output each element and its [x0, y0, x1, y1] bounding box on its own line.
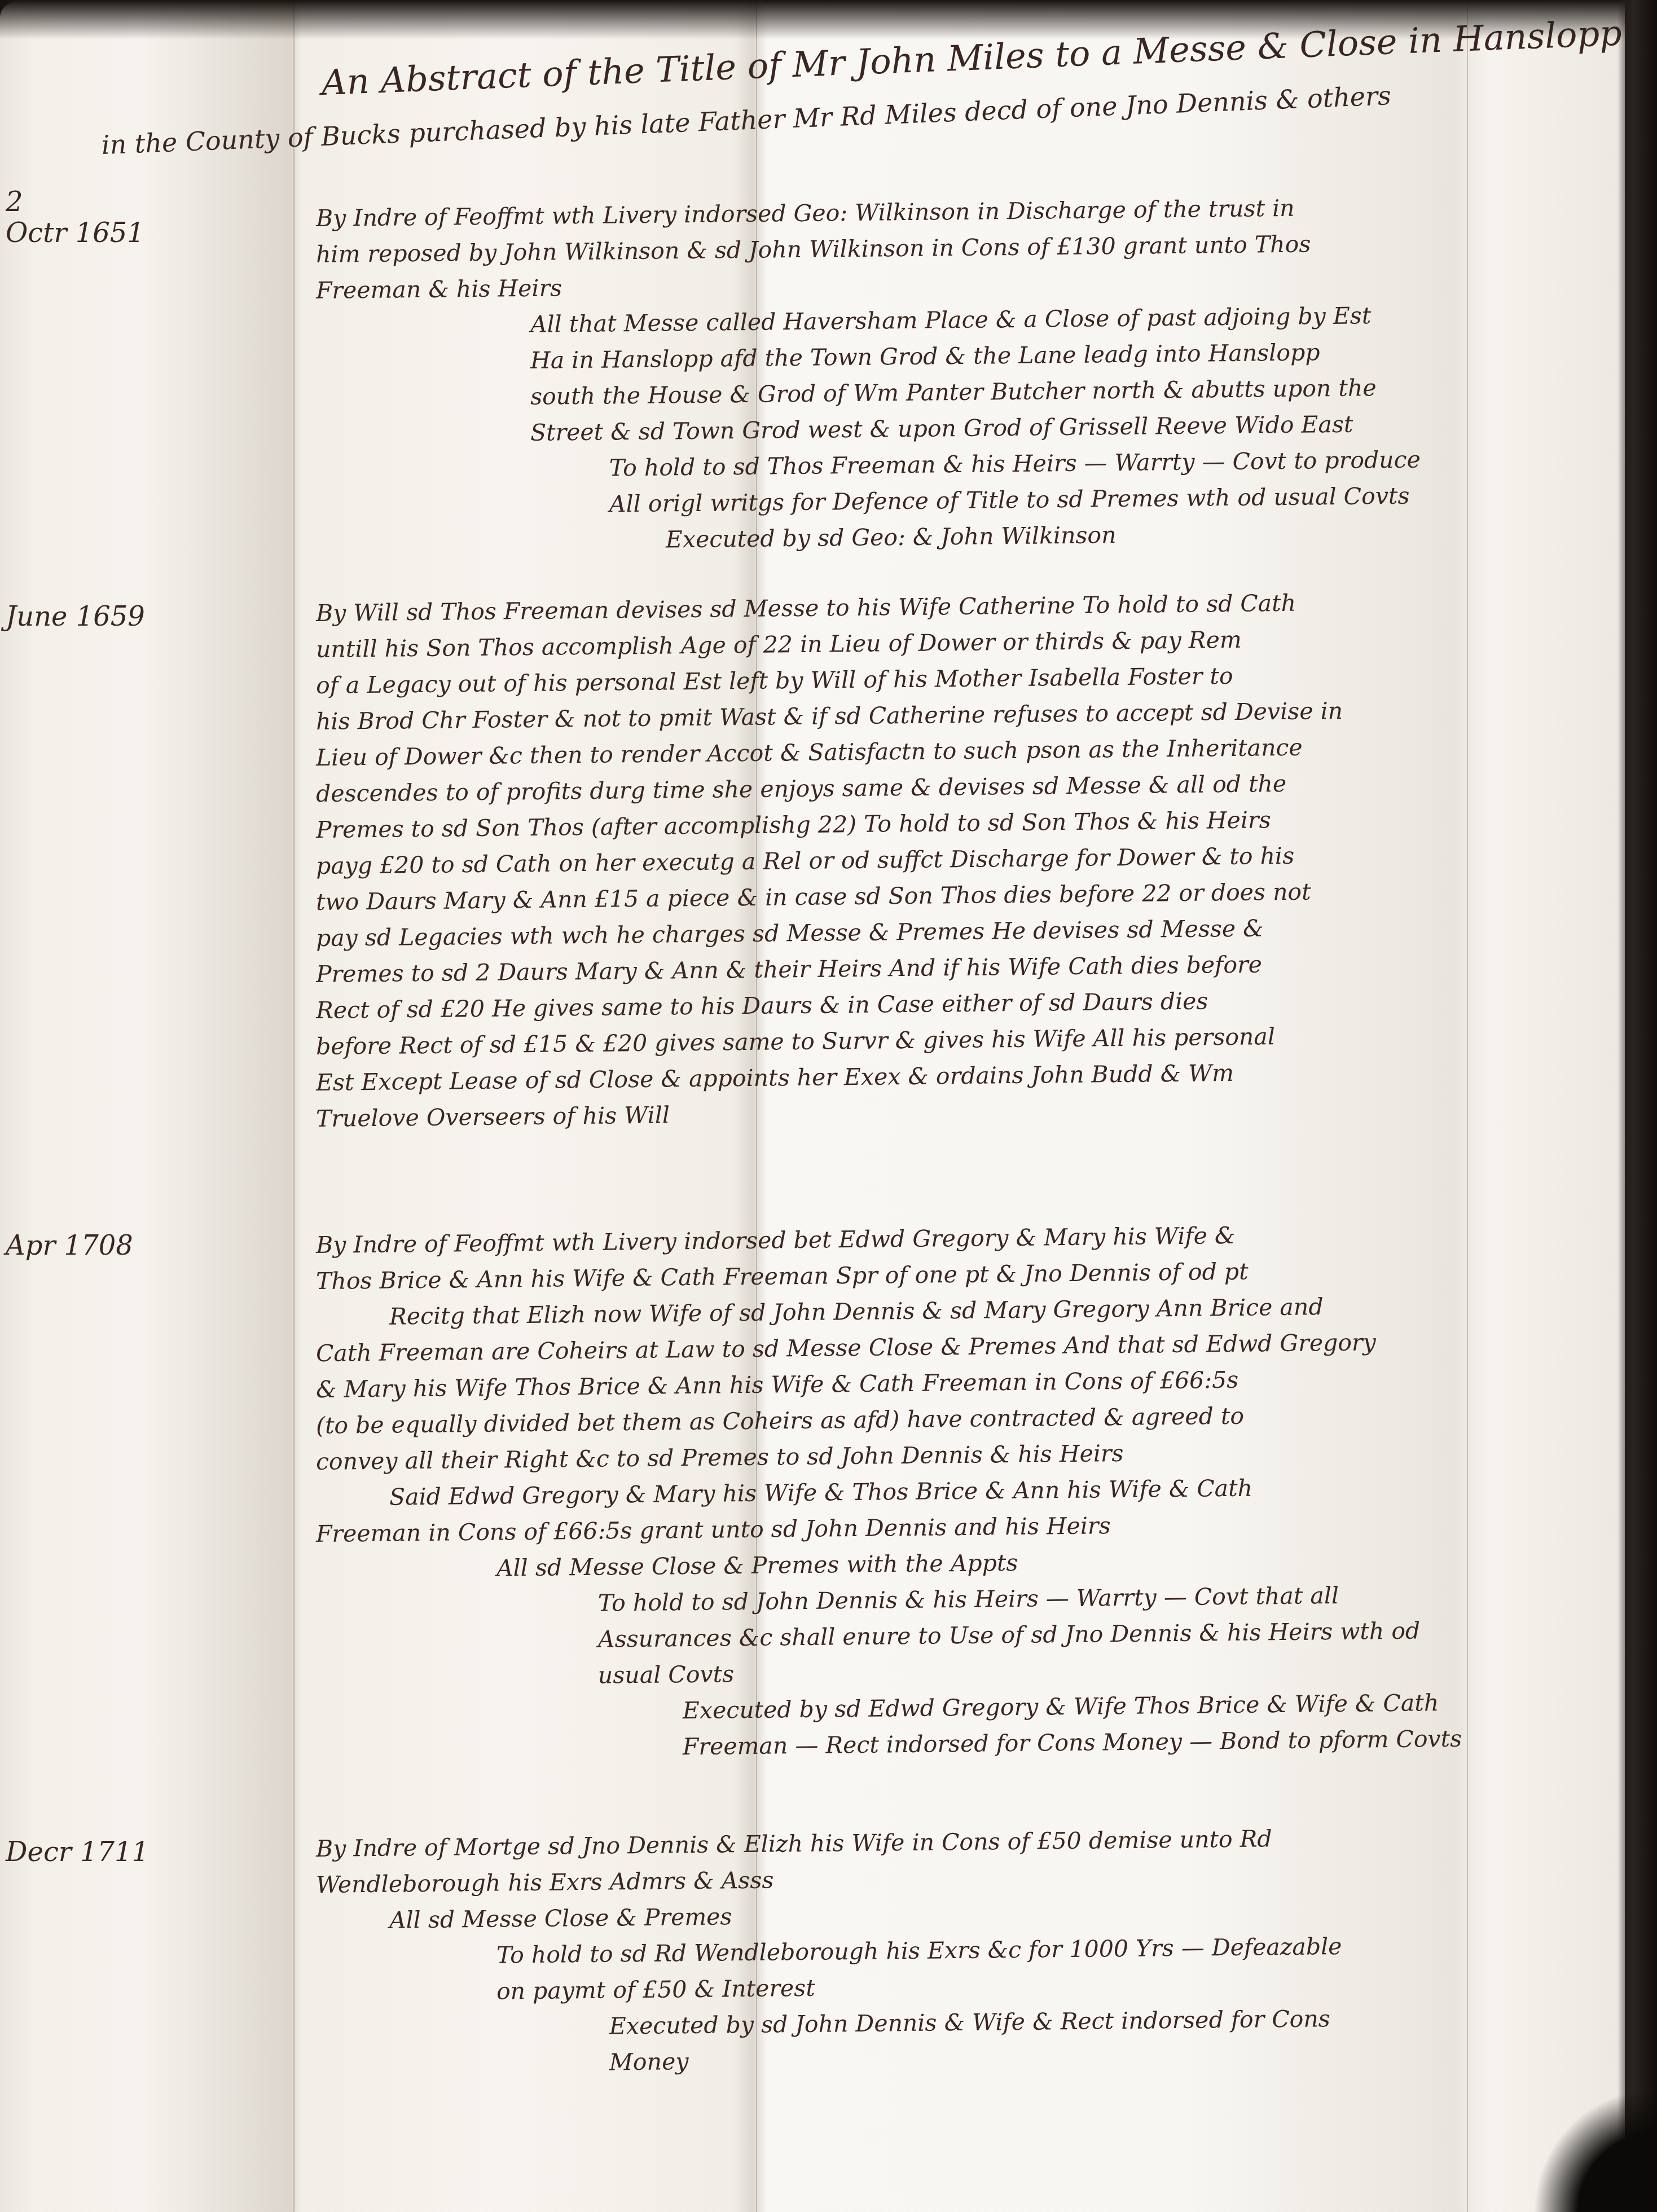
fold-crease: [293, 0, 295, 2212]
photo-background-top: [0, 0, 1657, 39]
entry-1711: By Indre of Mortge sd Jno Dennis & Elizh…: [316, 1831, 1636, 2083]
entry-date: Octr 1651: [6, 217, 144, 249]
entry-date: Decr 1711: [6, 1836, 149, 1868]
entry-1708: By Indre of Feoffmt wth Livery indorsed …: [316, 1227, 1636, 1769]
photo-shadow-corner: [1533, 2088, 1657, 2212]
margin-note: 2: [6, 186, 23, 218]
entry-date: June 1659: [6, 601, 145, 632]
photo-background-right: [1618, 0, 1657, 2212]
entry-1659: By Will sd Thos Freeman devises sd Messe…: [316, 595, 1636, 1137]
entry-date: Apr 1708: [6, 1230, 133, 1261]
entry-1651: By Indre of Feoffmt wth Livery indorsed …: [316, 200, 1636, 561]
